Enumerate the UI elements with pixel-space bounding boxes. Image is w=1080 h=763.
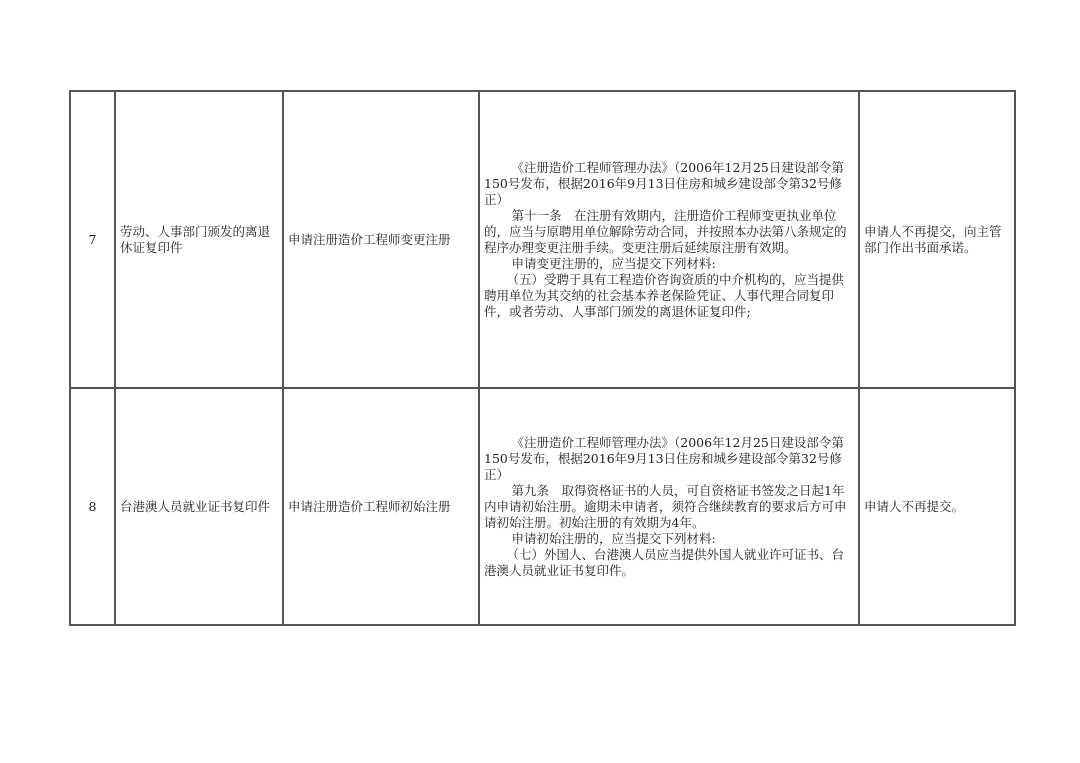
basis-paragraph: 《注册造价工程师管理办法》（2006年12月25日建设部令第150号发布，根据2…	[484, 160, 854, 208]
handling-method: 申请人不再提交，向主管部门作出书面承诺。	[859, 91, 1015, 388]
row-number: 7	[70, 91, 115, 388]
basis-paragraph: 申请变更注册的，应当提交下列材料:	[484, 256, 854, 272]
handling-method: 申请人不再提交。	[859, 388, 1015, 625]
basis-paragraph: 《注册造价工程师管理办法》（2006年12月25日建设部令第150号发布，根据2…	[484, 435, 854, 483]
basis-paragraph: （七）外国人、台港澳人员应当提供外国人就业许可证书、台港澳人员就业证书复印件。	[484, 547, 854, 579]
material-name: 台港澳人员就业证书复印件	[115, 388, 283, 625]
row-number: 8	[70, 388, 115, 625]
matter-name: 申请注册造价工程师初始注册	[283, 388, 479, 625]
basis-paragraph: 第九条 取得资格证书的人员，可自资格证书签发之日起1年内申请初始注册。逾期未申请…	[484, 483, 854, 531]
legal-basis: 《注册造价工程师管理办法》（2006年12月25日建设部令第150号发布，根据2…	[479, 388, 859, 625]
table-row: 7 劳动、人事部门颁发的离退休证复印件 申请注册造价工程师变更注册 《注册造价工…	[70, 91, 1015, 388]
basis-paragraph: 申请初始注册的，应当提交下列材料:	[484, 531, 854, 547]
legal-basis: 《注册造价工程师管理办法》（2006年12月25日建设部令第150号发布，根据2…	[479, 91, 859, 388]
basis-paragraph: （五）受聘于具有工程造价咨询资质的中介机构的，应当提供聘用单位为其交纳的社会基本…	[484, 272, 854, 320]
matter-name: 申请注册造价工程师变更注册	[283, 91, 479, 388]
basis-paragraph: 第十一条 在注册有效期内，注册造价工程师变更执业单位的，应当与原聘用单位解除劳动…	[484, 208, 854, 256]
material-name: 劳动、人事部门颁发的离退休证复印件	[115, 91, 283, 388]
table-row: 8 台港澳人员就业证书复印件 申请注册造价工程师初始注册 《注册造价工程师管理办…	[70, 388, 1015, 625]
certification-table: 7 劳动、人事部门颁发的离退休证复印件 申请注册造价工程师变更注册 《注册造价工…	[69, 90, 1016, 626]
